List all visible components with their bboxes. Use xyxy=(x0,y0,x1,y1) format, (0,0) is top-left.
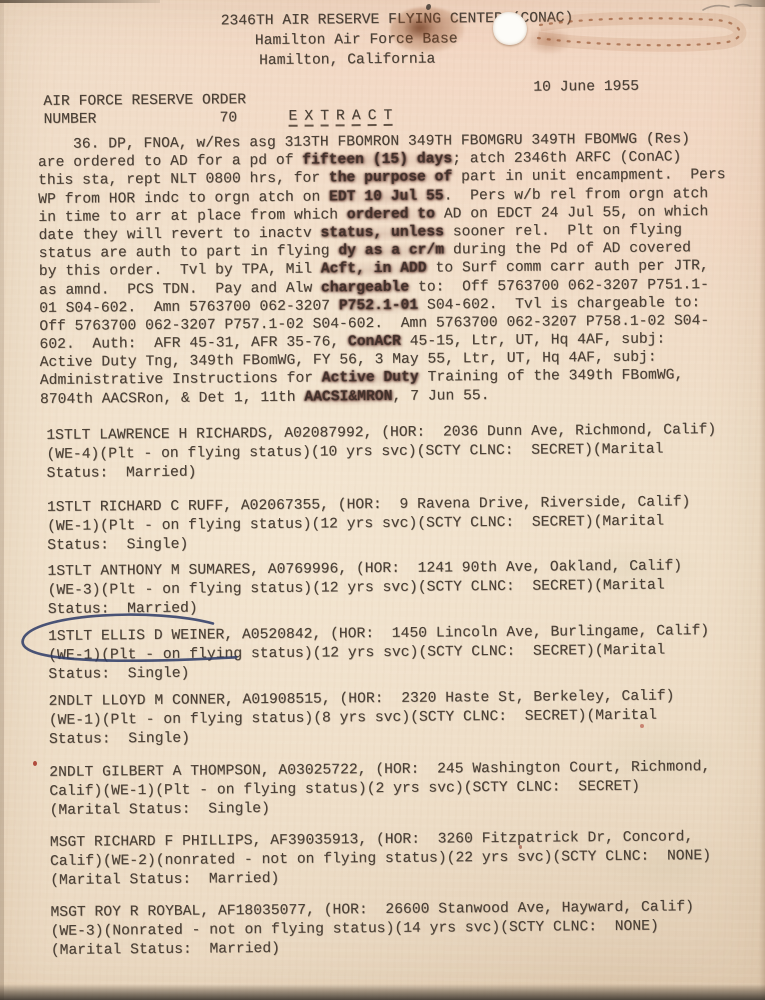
extract-letter: X xyxy=(304,109,313,127)
extract-letter: T xyxy=(320,108,329,126)
typed-text: in time to arr at place from which xyxy=(38,207,347,226)
typed-text: to Surf comm carr auth per JTR, xyxy=(427,258,709,276)
order-title-line1: AIR FORCE RESERVE ORDER xyxy=(43,92,246,110)
overstamped-text: dy as a cr/m xyxy=(338,243,444,260)
extract-letter: A xyxy=(352,108,361,126)
typed-text: 602. Auth: AFR 45-31, AFR 35-76, xyxy=(39,334,348,353)
personnel-entry: MSGT ROY R ROYBAL, AF18035077, (HOR: 266… xyxy=(50,898,694,961)
typed-text: 8704th AACSRon, & Det 1, 11th xyxy=(40,389,305,407)
scanned-document-page: 2346TH AIR RESERVE FLYING CENTER (CONAC)… xyxy=(0,0,765,1000)
overstamped-text: ConACR xyxy=(348,334,401,350)
overstamped-text: P752.1-01 xyxy=(339,297,418,314)
typed-text: to: Off 5763700 062-3207 P751.1- xyxy=(409,277,709,296)
typed-text: by this order. Tvl by TPA, Mil xyxy=(39,262,321,280)
order-number: 70 xyxy=(219,110,237,126)
pencil-scribble-mark xyxy=(695,0,765,20)
typed-text: WP from HOR indc to orgn atch on xyxy=(38,189,329,208)
extract-heading: EXTRACT xyxy=(288,108,399,127)
order-title-line2: NUMBER xyxy=(43,111,96,127)
overstamped-text: chargeable xyxy=(321,279,409,296)
overstamped-text: AACSI&MRON xyxy=(304,389,392,406)
entry-line: Status: Single) xyxy=(49,725,675,749)
document-date: 10 June 1955 xyxy=(533,79,639,96)
extract-letter: T xyxy=(383,108,392,126)
punch-hole xyxy=(493,12,527,45)
overstamped-text: fifteen (15) days xyxy=(302,152,452,169)
overstamped-text: status, unless xyxy=(321,224,445,241)
order-paragraph: 36. DP, FNOA, w/Res asg 313TH FBOMRON 34… xyxy=(38,130,750,409)
personnel-entry: 2NDLT GILBERT A THOMPSON, A03025722, (HO… xyxy=(49,758,711,821)
extract-letter: R xyxy=(336,108,345,126)
overstamped-text: Acft, in ADD xyxy=(321,261,427,278)
typewritten-content: 2346TH AIR RESERVE FLYING CENTER (CONAC)… xyxy=(0,0,765,1000)
overstamped-text: Active Duty xyxy=(322,370,419,387)
typed-text: , 7 Jun 55. xyxy=(392,388,489,405)
typed-text: AD on EDCT 24 Jul 55, on which xyxy=(435,204,708,222)
letterhead-line2: Hamilton Air Force Base xyxy=(255,31,458,49)
extract-letter: C xyxy=(368,108,377,126)
typed-text: date they will revert to inactv xyxy=(38,225,320,243)
typed-text: ; atch 2346th ARFC (ConAC) xyxy=(452,150,681,168)
extract-letter: E xyxy=(288,109,297,127)
personnel-entry: 1STLT LAWRENCE H RICHARDS, A02087992, (H… xyxy=(46,421,716,484)
overstamped-text: ordered to xyxy=(347,206,435,223)
typed-text: . Pers w/b rel from orgn atch xyxy=(444,186,709,204)
typed-text: are ordered to AD for a pd of xyxy=(38,153,303,171)
typed-text: as amnd. PCS TDN. Pay and Alw xyxy=(39,280,321,298)
typed-text: Administrative Instructions for xyxy=(40,371,322,389)
typed-text: part in unit encampment. Pers xyxy=(452,167,725,185)
typed-text: sooner rel. Plt on flying xyxy=(444,222,682,240)
personnel-entry: 1STLT RICHARD C RUFF, A02067355, (HOR: 9… xyxy=(47,493,691,556)
typed-text: S04-602. Tvl is chargeable to: xyxy=(418,295,700,313)
overstamped-text: EDT 10 Jul 55 xyxy=(329,188,444,205)
typed-text: 01 S04-602. Amn 5763700 062-3207 xyxy=(39,298,339,317)
personnel-entry: MSGT RICHARD F PHILLIPS, AF39035913, (HO… xyxy=(50,828,712,891)
typed-text: Training of the 349th FBomWG, xyxy=(419,368,684,386)
personnel-entry: 2NDLT LLOYD M CONNER, A01908515, (HOR: 2… xyxy=(49,687,675,749)
typed-text: during the Pd of AD covered xyxy=(444,240,691,258)
letterhead-line3: Hamilton, California xyxy=(259,52,435,70)
typed-text: 45-15, Ltr, UT, Hq 4AF, subj: xyxy=(401,332,666,350)
pen-circle-annotation xyxy=(8,609,249,673)
typed-text: status are auth to part in flying xyxy=(39,244,339,263)
typed-text: this sta, rept NLT 0800 hrs, for xyxy=(38,171,329,190)
overstamped-text: the purpose of xyxy=(329,170,453,187)
